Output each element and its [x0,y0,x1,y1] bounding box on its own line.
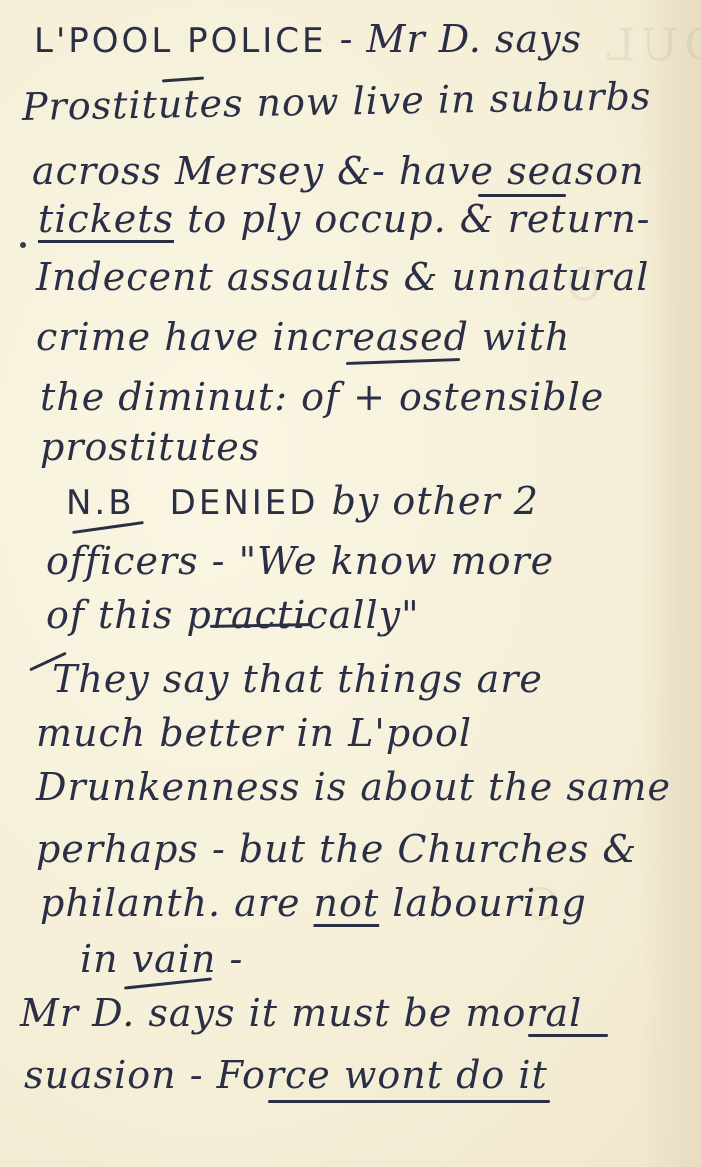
handwritten-line-4: tickets to ply occup. & return- [38,200,651,238]
handwritten-line-10: officers - "We know more [46,542,554,580]
line-text: prostitutes [40,425,260,469]
handwritten-line-9: N.B DENIED by other 2 [66,482,539,520]
line-text: philanth. are [40,881,300,925]
handwritten-line-13: much better in L'pool [36,714,472,752]
handwritten-line-17: in vain - [80,940,243,978]
line-text: suasion - [24,1053,204,1097]
line-text: Mr D. says it must be [20,991,452,1035]
handwritten-line-6: crime have increased with [36,318,570,356]
handwritten-line-8: prostitutes [40,428,260,466]
emphasis-season: season [507,149,645,193]
handwritten-line-15: perhaps - but the Churches & [36,830,637,868]
handwritten-line-3: across Mersey &- have season [32,152,645,190]
handwritten-line-16: philanth. are not labouring [40,884,587,922]
line-text: - Mr D. says [340,17,582,61]
line-text: They say that things are [52,657,543,701]
emphasis-increased: increased [272,315,469,359]
handwritten-line-18: Mr D. says it must be moral [20,994,582,1032]
underline-stroke [528,1034,608,1037]
underline-stroke [346,358,460,365]
line-text: Prostitutes now live in suburbs [22,74,652,129]
line-text: by other 2 [332,479,539,523]
line-text: labouring [392,881,587,925]
line-text: with [482,315,570,359]
line-text: Indecent assaults & unnatural [36,255,649,299]
heading-lpool-police: L'POOL POLICE [34,21,327,61]
overline-stroke [478,194,566,197]
line-text: much better in L'pool [36,711,472,755]
underline-stroke [268,1100,550,1103]
emphasis-practically: practically" [187,593,420,637]
line-text: the diminut: of + ostensible [40,375,604,419]
denied-caps: DENIED [170,483,319,523]
emphasis-not: not [314,881,380,925]
emphasis-moral: moral [465,991,582,1035]
ink-dot [20,242,26,248]
line-text: officers - [46,539,226,583]
handwritten-line-5: Indecent assaults & unnatural [36,258,649,296]
line-text: Drunkenness is about the same [36,765,671,809]
handwritten-line-1: L'POOL POLICE - Mr D. says [34,20,582,58]
line-text: across Mersey &- have [32,149,494,193]
line-text: of this [46,593,173,637]
notebook-page: TOUL O C L'POOL POLICE - Mr D. says Pros… [0,0,701,1167]
handwritten-line-14: Drunkenness is about the same [36,768,671,806]
emphasis-force: Force wont do it [217,1053,548,1097]
line-text: to ply occup. & return- [187,197,650,241]
handwritten-line-12: They say that things are [52,660,543,698]
handwritten-line-11: of this practically" [46,596,420,634]
nb-label: N.B [66,483,135,523]
handwritten-line-19: suasion - Force wont do it [24,1056,548,1094]
quote-text: "We know more [239,539,555,583]
line-text: in vain - [80,937,243,981]
handwritten-line-2: Prostitutes now live in suburbs [22,77,652,126]
line-text: crime have [36,315,259,359]
bleed-through-text: TOUL [600,20,701,71]
line-text: perhaps - but the Churches & [36,827,637,871]
underlined-tickets: tickets [38,197,174,241]
handwritten-line-7: the diminut: of + ostensible [40,378,604,416]
